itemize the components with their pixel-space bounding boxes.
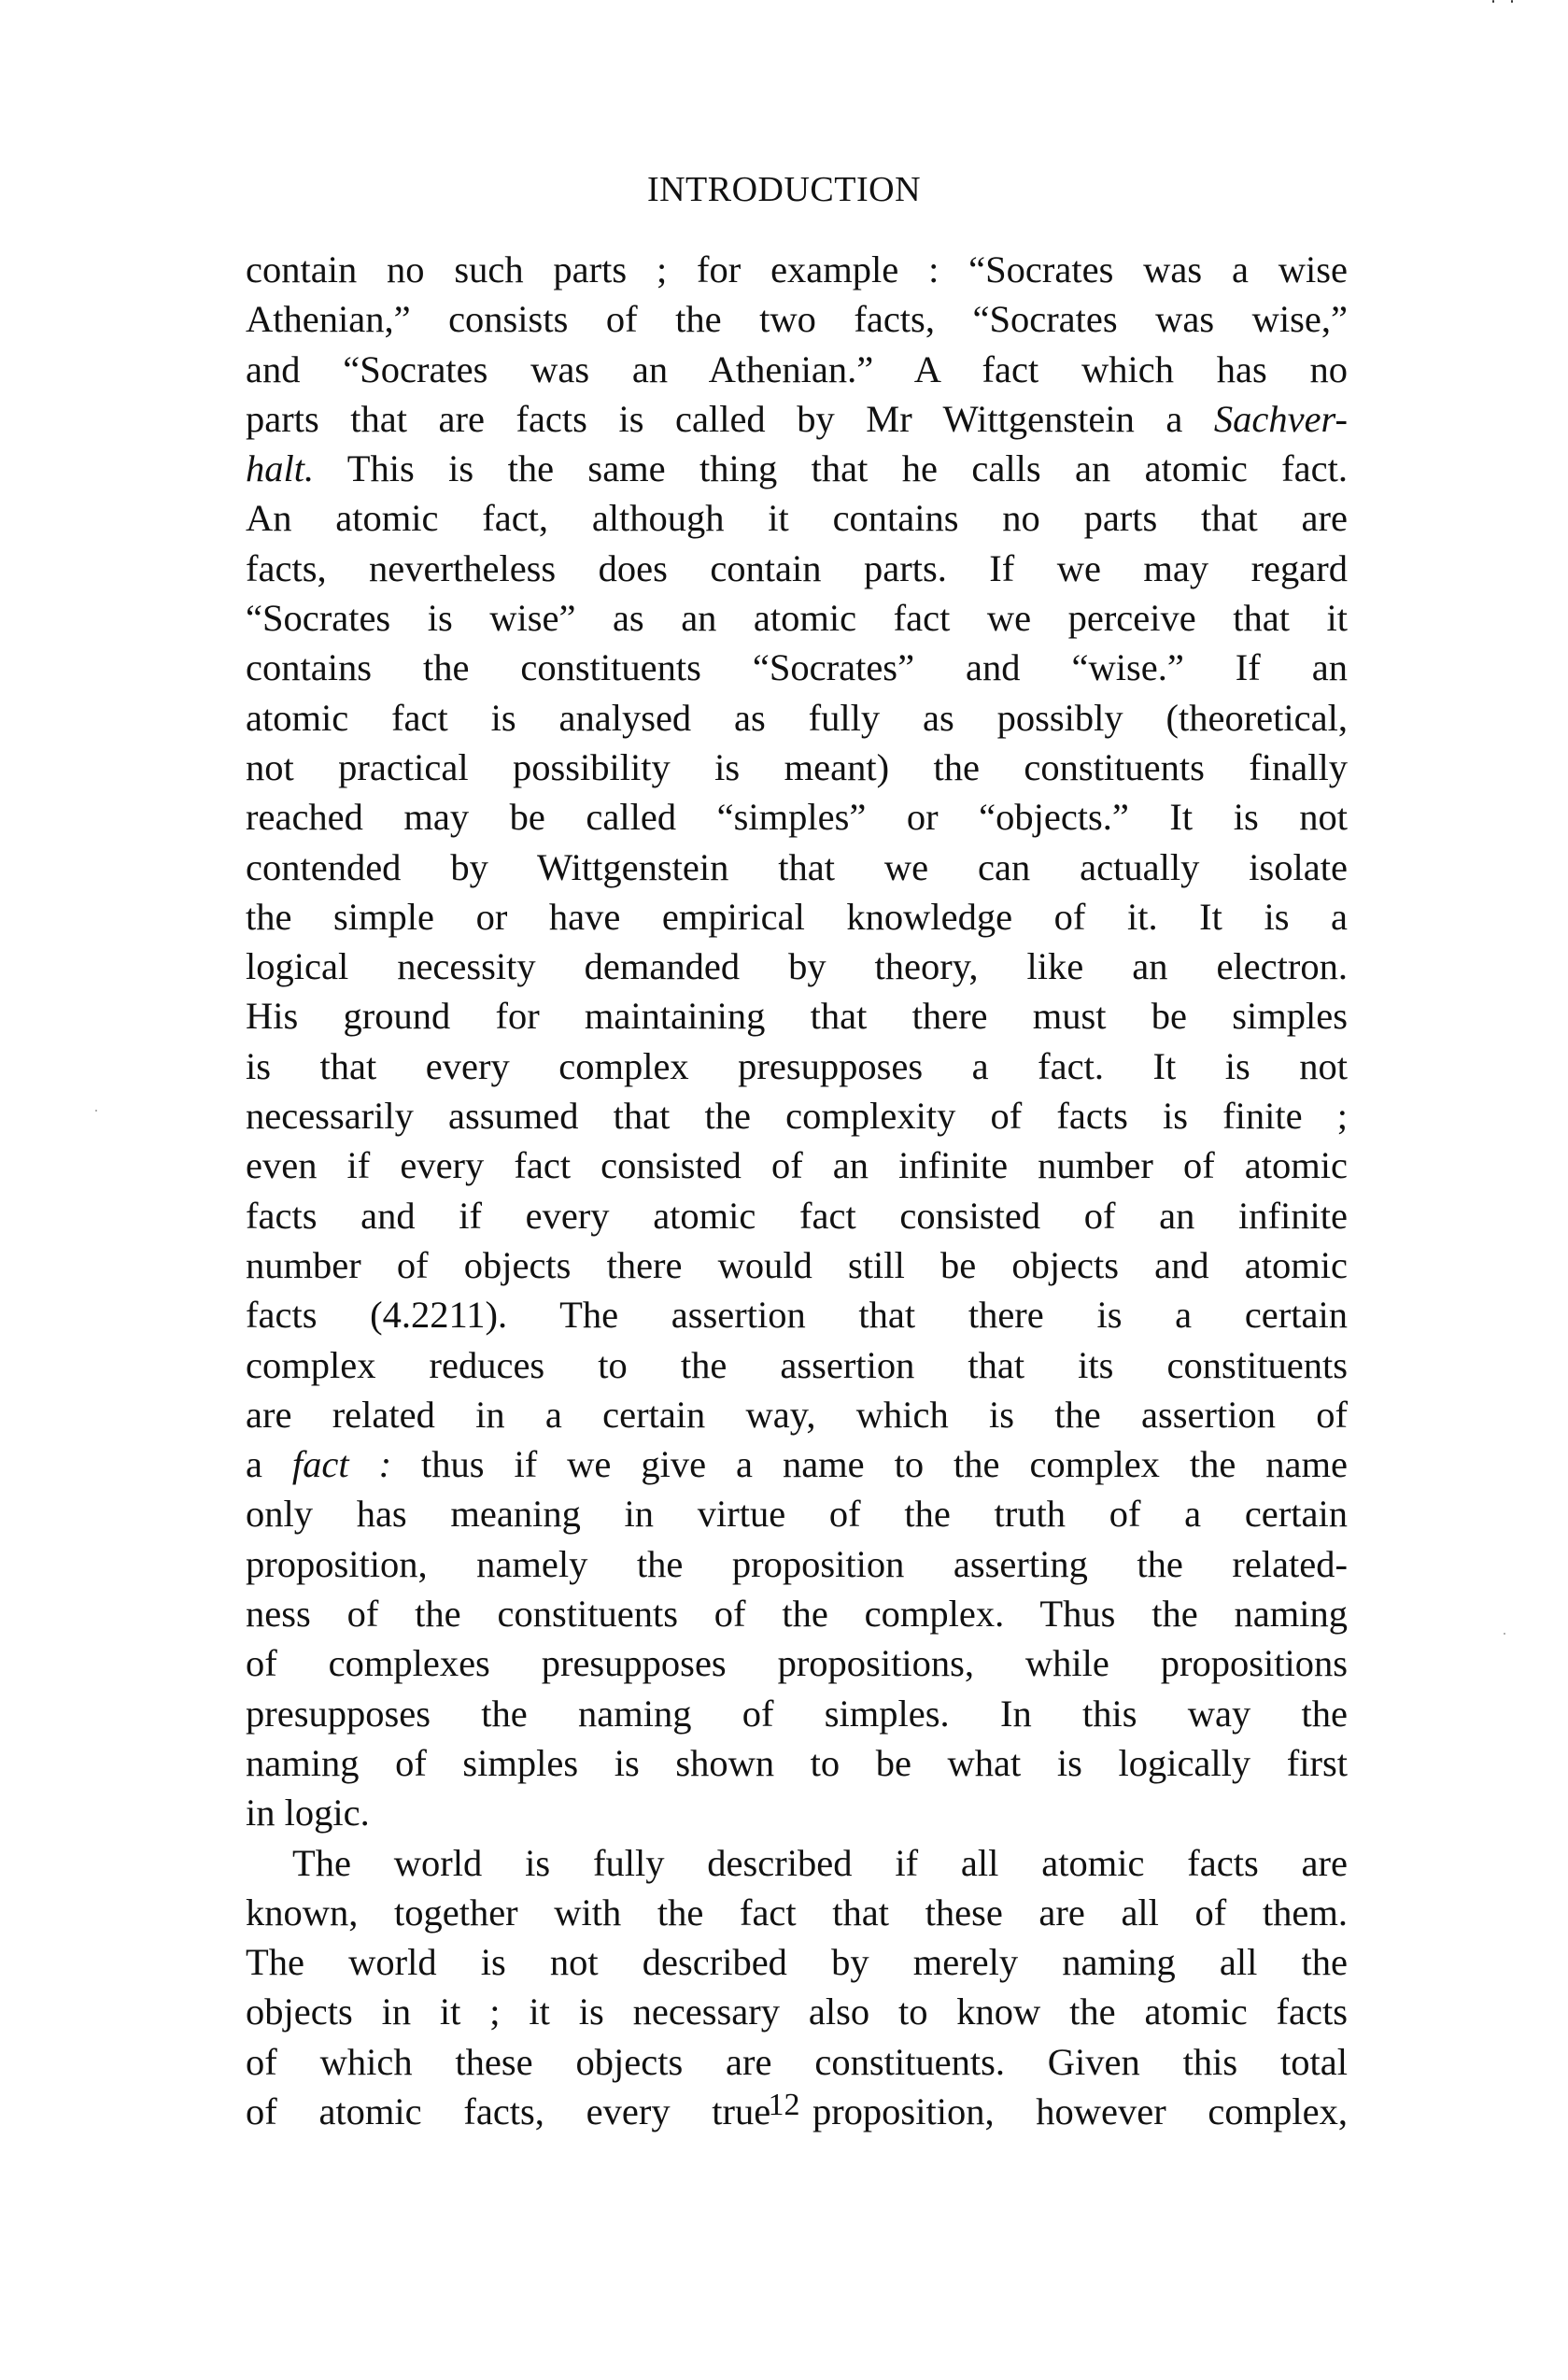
text-line-5: halt. This is the same thing that he cal… [246,444,1348,493]
scan-speck [1492,0,1494,3]
text-line-25-pre: a [246,1443,292,1485]
text-line-18: necessarily assumed that the complexity … [246,1091,1348,1140]
text-line-25: a fact : thus if we give a name to the c… [246,1439,1348,1489]
text-line-23: complex reduces to the assertion that it… [246,1340,1348,1390]
text-line-27: proposition, namely the proposition asse… [246,1539,1348,1589]
text-line-3: and “Socrates was an Athenian.” A fact w… [246,345,1348,394]
book-page: INTRODUCTION contain no such parts ; for… [0,0,1568,2380]
text-line-24: are related in a certain way, which is t… [246,1390,1348,1439]
text-line-31: naming of simples is shown to be what is… [246,1738,1348,1788]
text-line-7: facts, nevertheless does contain parts. … [246,544,1348,593]
text-line-35: The world is not described by merely nam… [246,1937,1348,1987]
scan-speck [1511,0,1513,3]
text-line-37: of which these objects are constituents.… [246,2037,1348,2087]
text-line-32-paragraph-end: in logic. [246,1788,1348,1837]
text-line-2: Athenian,” consists of the two facts, “S… [246,294,1348,344]
text-line-10: atomic fact is analysed as fully as poss… [246,693,1348,743]
text-line-29: of complexes presupposes propositions, w… [246,1638,1348,1688]
text-line-20: facts and if every atomic fact consisted… [246,1191,1348,1240]
text-line-25-roman: thus if we give a name to the complex th… [391,1443,1348,1485]
text-line-6: An atomic fact, although it contains no … [246,493,1348,543]
text-line-9: contains the constituents “Socrates” and… [246,643,1348,692]
text-line-12: reached may be called “simples” or “obje… [246,792,1348,842]
text-line-30: presupposes the naming of simples. In th… [246,1689,1348,1738]
text-line-4-roman: parts that are facts is called by Mr Wit… [246,398,1214,440]
italic-term-sachverhalt-part2: halt. [246,447,314,489]
text-line-28: ness of the constituents of the complex.… [246,1589,1348,1638]
text-line-19: even if every fact consisted of an infin… [246,1140,1348,1190]
body-text: contain no such parts ; for example : “S… [246,245,1348,2136]
text-line-33-paragraph-start: The world is fully described if all atom… [246,1838,1348,1888]
text-line-5-roman: This is the same thing that he calls an … [314,447,1348,489]
scan-speck [1504,1633,1505,1635]
text-line-16: His ground for maintaining that there mu… [246,991,1348,1041]
text-line-14: the simple or have empirical knowledge o… [246,892,1348,942]
text-line-26: only has meaning in virtue of the truth … [246,1489,1348,1538]
italic-term-fact: fact : [292,1443,391,1485]
text-line-11: not practical possibility is meant) the … [246,743,1348,792]
text-line-17: is that every complex presupposes a fact… [246,1041,1348,1091]
text-line-8: “Socrates is wise” as an atomic fact we … [246,593,1348,643]
text-line-15: logical necessity demanded by theory, li… [246,942,1348,991]
text-line-13: contended by Wittgenstein that we can ac… [246,843,1348,892]
text-line-22: facts (4.2211). The assertion that there… [246,1290,1348,1339]
text-line-34: known, together with the fact that these… [246,1888,1348,1937]
page-number: 12 [0,2085,1568,2126]
text-line-36: objects in it ; it is necessary also to … [246,1987,1348,2036]
text-line-21: number of objects there would still be o… [246,1240,1348,1290]
scan-speck [95,1110,97,1112]
italic-term-sachverhalt-part1: Sachver- [1214,398,1348,440]
text-line-4: parts that are facts is called by Mr Wit… [246,394,1348,444]
running-head: INTRODUCTION [0,166,1568,213]
text-line-1: contain no such parts ; for example : “S… [246,245,1348,294]
